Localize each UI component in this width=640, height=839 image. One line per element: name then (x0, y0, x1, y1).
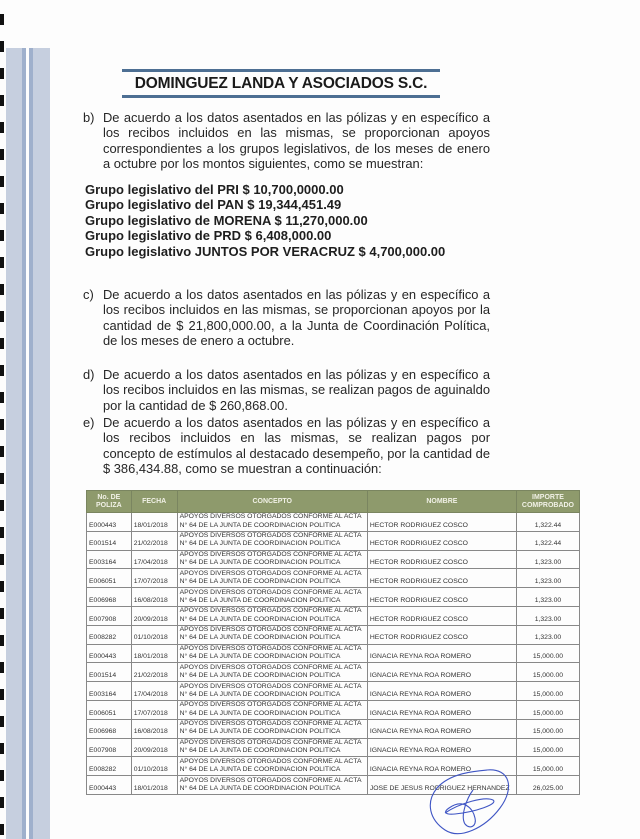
importe-cell: 15,000.00 (516, 644, 579, 663)
group-line: Grupo legislativo de MORENA $ 11,270,000… (85, 213, 445, 228)
binder-hole (0, 635, 4, 646)
poliza-cell: E003164 (87, 682, 132, 701)
binder-hole (0, 365, 4, 376)
binder-hole (0, 122, 4, 133)
fecha-cell: 18/01/2018 (131, 776, 177, 795)
binder-hole (0, 203, 4, 214)
fecha-cell: 01/10/2018 (131, 757, 177, 776)
importe-cell: 1,322.44 (516, 531, 579, 550)
firm-title: DOMINGUEZ LANDA Y ASOCIADOS S.C. (122, 72, 440, 95)
importe-cell: 1,322.44 (516, 513, 579, 532)
table-row: E00044318/01/2018APOYOS DIVERSOS OTORGAD… (87, 513, 580, 532)
fecha-cell: 17/04/2018 (131, 550, 177, 569)
table-row: E00790820/09/2018APOYOS DIVERSOS OTORGAD… (87, 738, 580, 757)
poliza-cell: E000443 (87, 513, 132, 532)
concepto-cell: APOYOS DIVERSOS OTORGADOS CONFORME AL AC… (177, 513, 367, 532)
importe-cell: 1,323.00 (516, 606, 579, 625)
concepto-cell: APOYOS DIVERSOS OTORGADOS CONFORME AL AC… (177, 682, 367, 701)
table-row: E00828201/10/2018APOYOS DIVERSOS OTORGAD… (87, 625, 580, 644)
poliza-cell: E001514 (87, 531, 132, 550)
binder-hole (0, 527, 4, 538)
group-line: Grupo legislativo del PAN $ 19,344,451.4… (85, 197, 445, 212)
binder-hole (0, 608, 4, 619)
letterhead: DOMINGUEZ LANDA Y ASOCIADOS S.C. (122, 69, 440, 98)
binder-hole (0, 824, 4, 835)
poliza-cell: E003164 (87, 550, 132, 569)
importe-cell: 1,323.00 (516, 625, 579, 644)
margin-bar-right (29, 48, 50, 839)
table-header-row: No. DE POLIZA FECHA CONCEPTO NOMBRE IMPO… (87, 491, 580, 513)
legislative-groups-list: Grupo legislativo del PRI $ 10,700,0000.… (85, 182, 445, 259)
poliza-cell: E006051 (87, 700, 132, 719)
binder-hole (0, 338, 4, 349)
paragraph-label: c) (83, 287, 94, 302)
paragraph-label: b) (83, 110, 94, 125)
poliza-cell: E006051 (87, 569, 132, 588)
binder-hole (0, 230, 4, 241)
fecha-cell: 01/10/2018 (131, 625, 177, 644)
concepto-cell: APOYOS DIVERSOS OTORGADOS CONFORME AL AC… (177, 663, 367, 682)
paragraph-e: e) De acuerdo a los datos asentados en l… (103, 415, 490, 476)
header-rule-bottom (122, 95, 440, 98)
binder-hole (0, 95, 4, 106)
importe-cell: 15,000.00 (516, 663, 579, 682)
table-row: E00696816/08/2018APOYOS DIVERSOS OTORGAD… (87, 588, 580, 607)
nombre-cell: IGNACIA REYNA ROA ROMERO (367, 644, 516, 663)
paragraph-b: b) De acuerdo a los datos asentados en l… (103, 110, 490, 171)
binder-hole (0, 149, 4, 160)
table-row: E00790820/09/2018APOYOS DIVERSOS OTORGAD… (87, 606, 580, 625)
nombre-cell: HECTOR RODRIGUEZ COSCO (367, 588, 516, 607)
concepto-cell: APOYOS DIVERSOS OTORGADOS CONFORME AL AC… (177, 625, 367, 644)
poliza-cell: E008282 (87, 625, 132, 644)
paragraph-c: c) De acuerdo a los datos asentados en l… (103, 287, 490, 348)
nombre-cell: HECTOR RODRIGUEZ COSCO (367, 513, 516, 532)
fecha-cell: 16/08/2018 (131, 719, 177, 738)
fecha-cell: 21/02/2018 (131, 663, 177, 682)
paragraph-text: De acuerdo a los datos asentados en las … (103, 415, 490, 476)
binder-hole (0, 554, 4, 565)
col-header-concepto: CONCEPTO (177, 491, 367, 513)
importe-cell: 26,025.00 (516, 776, 579, 795)
margin-bar-left (6, 48, 26, 839)
binder-hole (0, 446, 4, 457)
fecha-cell: 21/02/2018 (131, 531, 177, 550)
binder-hole (0, 716, 4, 727)
poliza-cell: E006968 (87, 588, 132, 607)
binder-hole (0, 311, 4, 322)
col-header-poliza: No. DE POLIZA (87, 491, 132, 513)
fecha-cell: 16/08/2018 (131, 588, 177, 607)
nombre-cell: IGNACIA REYNA ROA ROMERO (367, 719, 516, 738)
importe-cell: 1,323.00 (516, 550, 579, 569)
paragraph-text: De acuerdo a los datos asentados en las … (103, 287, 490, 348)
table-row: E00696816/08/2018APOYOS DIVERSOS OTORGAD… (87, 719, 580, 738)
importe-cell: 15,000.00 (516, 757, 579, 776)
binder-hole (0, 689, 4, 700)
concepto-cell: APOYOS DIVERSOS OTORGADOS CONFORME AL AC… (177, 531, 367, 550)
col-header-importe: IMPORTE COMPROBADO (516, 491, 579, 513)
concepto-cell: APOYOS DIVERSOS OTORGADOS CONFORME AL AC… (177, 738, 367, 757)
nombre-cell: IGNACIA REYNA ROA ROMERO (367, 700, 516, 719)
fecha-cell: 18/01/2018 (131, 513, 177, 532)
fecha-cell: 18/01/2018 (131, 644, 177, 663)
nombre-cell: IGNACIA REYNA ROA ROMERO (367, 738, 516, 757)
paragraph-label: e) (83, 415, 94, 430)
fecha-cell: 20/09/2018 (131, 606, 177, 625)
concepto-cell: APOYOS DIVERSOS OTORGADOS CONFORME AL AC… (177, 719, 367, 738)
concepto-cell: APOYOS DIVERSOS OTORGADOS CONFORME AL AC… (177, 588, 367, 607)
binder-hole (0, 14, 4, 25)
nombre-cell: IGNACIA REYNA ROA ROMERO (367, 663, 516, 682)
payments-table: No. DE POLIZA FECHA CONCEPTO NOMBRE IMPO… (86, 490, 580, 795)
nombre-cell: IGNACIA REYNA ROA ROMERO (367, 682, 516, 701)
fecha-cell: 20/09/2018 (131, 738, 177, 757)
group-line: Grupo legislativo de PRD $ 6,408,000.00 (85, 228, 445, 243)
table-row: E00044318/01/2018APOYOS DIVERSOS OTORGAD… (87, 644, 580, 663)
importe-cell: 1,323.00 (516, 569, 579, 588)
binder-hole (0, 284, 4, 295)
binder-hole (0, 68, 4, 79)
binder-hole (0, 662, 4, 673)
signature-mark (415, 768, 525, 839)
importe-cell: 15,000.00 (516, 700, 579, 719)
importe-cell: 1,323.00 (516, 588, 579, 607)
importe-cell: 15,000.00 (516, 682, 579, 701)
importe-cell: 15,000.00 (516, 738, 579, 757)
nombre-cell: HECTOR RODRIGUEZ COSCO (367, 606, 516, 625)
concepto-cell: APOYOS DIVERSOS OTORGADOS CONFORME AL AC… (177, 757, 367, 776)
paragraph-text: De acuerdo a los datos asentados en las … (103, 110, 490, 171)
col-header-fecha: FECHA (131, 491, 177, 513)
table-row: E00151421/02/2018APOYOS DIVERSOS OTORGAD… (87, 531, 580, 550)
binder-hole (0, 770, 4, 781)
paragraph-label: d) (83, 367, 94, 382)
nombre-cell: HECTOR RODRIGUEZ COSCO (367, 625, 516, 644)
concepto-cell: APOYOS DIVERSOS OTORGADOS CONFORME AL AC… (177, 550, 367, 569)
binder-hole (0, 176, 4, 187)
binder-hole (0, 257, 4, 268)
poliza-cell: E007908 (87, 606, 132, 625)
binder-hole (0, 500, 4, 511)
poliza-cell: E008282 (87, 757, 132, 776)
concepto-cell: APOYOS DIVERSOS OTORGADOS CONFORME AL AC… (177, 644, 367, 663)
table-row: E00151421/02/2018APOYOS DIVERSOS OTORGAD… (87, 663, 580, 682)
concepto-cell: APOYOS DIVERSOS OTORGADOS CONFORME AL AC… (177, 569, 367, 588)
nombre-cell: HECTOR RODRIGUEZ COSCO (367, 569, 516, 588)
binder-hole (0, 419, 4, 430)
importe-cell: 15,000.00 (516, 719, 579, 738)
poliza-cell: E000443 (87, 644, 132, 663)
binder-hole (0, 41, 4, 52)
concepto-cell: APOYOS DIVERSOS OTORGADOS CONFORME AL AC… (177, 700, 367, 719)
group-line: Grupo legislativo JUNTOS POR VERACRUZ $ … (85, 244, 445, 259)
fecha-cell: 17/07/2018 (131, 569, 177, 588)
paragraph-d: d) De acuerdo a los datos asentados en l… (103, 367, 490, 413)
paragraph-text: De acuerdo a los datos asentados en las … (103, 367, 490, 413)
table-row: E00316417/04/2018APOYOS DIVERSOS OTORGAD… (87, 682, 580, 701)
poliza-cell: E006968 (87, 719, 132, 738)
poliza-cell: E007908 (87, 738, 132, 757)
group-line: Grupo legislativo del PRI $ 10,700,0000.… (85, 182, 445, 197)
binder-hole (0, 581, 4, 592)
poliza-cell: E001514 (87, 663, 132, 682)
table-row: E00605117/07/2018APOYOS DIVERSOS OTORGAD… (87, 569, 580, 588)
table-row: E00605117/07/2018APOYOS DIVERSOS OTORGAD… (87, 700, 580, 719)
concepto-cell: APOYOS DIVERSOS OTORGADOS CONFORME AL AC… (177, 776, 367, 795)
nombre-cell: HECTOR RODRIGUEZ COSCO (367, 531, 516, 550)
binder-hole (0, 473, 4, 484)
binder-hole (0, 797, 4, 808)
poliza-cell: E000443 (87, 776, 132, 795)
nombre-cell: HECTOR RODRIGUEZ COSCO (367, 550, 516, 569)
binder-hole (0, 743, 4, 754)
table-row: E00316417/04/2018APOYOS DIVERSOS OTORGAD… (87, 550, 580, 569)
binder-hole (0, 392, 4, 403)
fecha-cell: 17/07/2018 (131, 700, 177, 719)
col-header-nombre: NOMBRE (367, 491, 516, 513)
fecha-cell: 17/04/2018 (131, 682, 177, 701)
concepto-cell: APOYOS DIVERSOS OTORGADOS CONFORME AL AC… (177, 606, 367, 625)
